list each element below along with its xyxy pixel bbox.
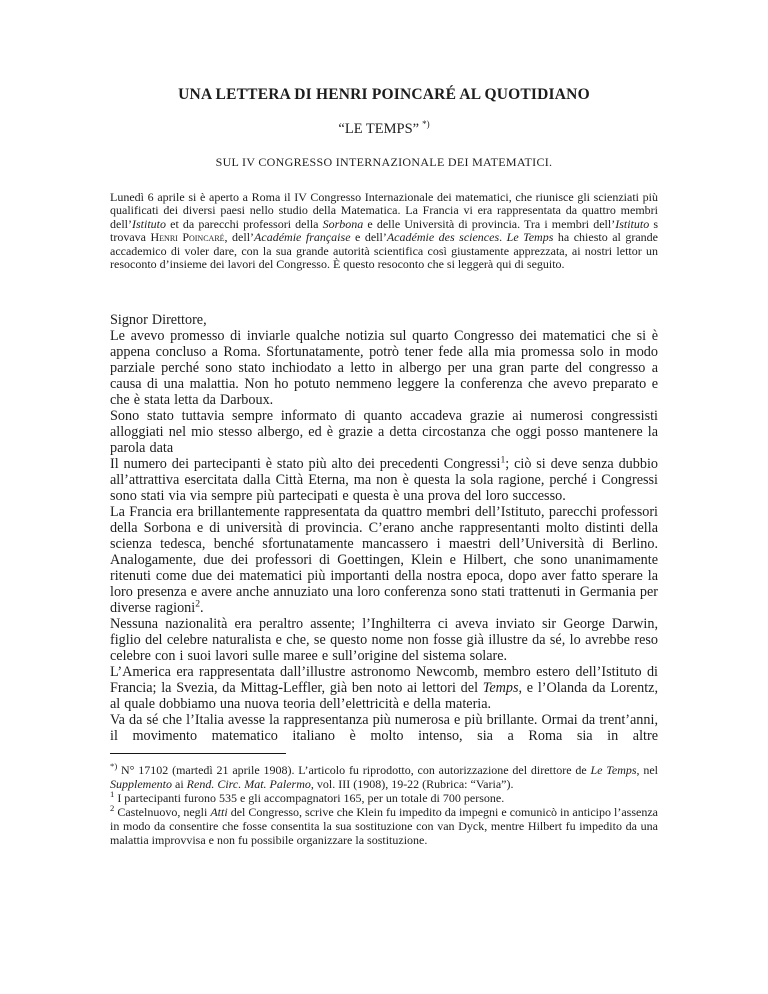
- text-segment-i: Sorbona: [323, 217, 364, 231]
- footnote-marker: 1: [110, 789, 114, 799]
- text-segment-i: Istituto: [132, 217, 166, 231]
- journal-title: “LE TEMPS”*): [110, 116, 658, 138]
- footnote-marker: *): [110, 761, 117, 771]
- text-segment: et da parecchi professori della: [166, 217, 323, 231]
- text-segment-i: Atti: [210, 805, 227, 819]
- page-title: UNA LETTERA DI HENRI POINCARÉ AL QUOTIDI…: [110, 86, 658, 103]
- text-segment: La Francia era brillantemente rappresent…: [110, 504, 658, 616]
- body-paragraph: Sono stato tuttavia sempre informato di …: [110, 408, 658, 456]
- text-segment-sc: Henri Poincaré: [150, 230, 224, 244]
- text-segment-i: Istituto: [615, 217, 649, 231]
- body-paragraph: Il numero dei partecipanti è stato più a…: [110, 456, 658, 504]
- text-segment-i: Académie française: [254, 230, 350, 244]
- text-segment: , dell’: [225, 230, 255, 244]
- journal-title-text: “LE TEMPS”: [338, 121, 419, 137]
- body-paragraph: La Francia era brillantemente rappresent…: [110, 504, 658, 616]
- congress-subtitle: SUL IV CONGRESSO INTERNAZIONALE DEI MATE…: [110, 155, 658, 169]
- body-paragraph: Nessuna nazionalità era peraltro assente…: [110, 616, 658, 664]
- text-segment: Signor Direttore,: [110, 312, 207, 328]
- text-segment: .: [200, 600, 204, 616]
- text-segment-i: Académie des sciences: [387, 230, 499, 244]
- text-segment-i: Rend. Circ. Mat. Palermo: [187, 777, 311, 791]
- text-segment: N° 17102 (martedì 21 aprile 1908). L’art…: [121, 763, 591, 777]
- text-segment: ai: [172, 777, 187, 791]
- footnote-marker: 2: [110, 803, 114, 813]
- text-segment: Nessuna nazionalità era peraltro assente…: [110, 616, 658, 664]
- body-paragraph: L’America era rappresentata dall’illustr…: [110, 664, 658, 712]
- body-paragraph: Le avevo promesso di inviarle qualche no…: [110, 328, 658, 408]
- text-segment-i: Le Temps: [591, 763, 637, 777]
- text-segment-i: Supplemento: [110, 777, 172, 791]
- document-page: UNA LETTERA DI HENRI POINCARÉ AL QUOTIDI…: [0, 0, 768, 994]
- editorial-intro-paragraph: Lunedì 6 aprile si è aperto a Roma il IV…: [110, 191, 658, 272]
- footnotes: *) N° 17102 (martedì 21 aprile 1908). L’…: [110, 763, 658, 847]
- text-segment: , vol. III (1908), 19-22 (Rubrica: “Vari…: [311, 777, 514, 791]
- footnote: 1 I partecipanti furono 535 e gli accomp…: [110, 791, 658, 805]
- text-segment: e dell’: [351, 230, 387, 244]
- text-segment-i: Le Temps: [507, 230, 554, 244]
- body-paragraph: Va da sé che l’Italia avesse la rapprese…: [110, 712, 658, 744]
- text-segment: Castelnuovo, negli: [117, 805, 210, 819]
- text-segment: Va da sé che l’Italia avesse la rapprese…: [110, 712, 658, 744]
- letter-body: Signor Direttore,Le avevo promesso di in…: [110, 312, 658, 744]
- text-segment: Le avevo promesso di inviarle qualche no…: [110, 328, 658, 408]
- text-segment: Il numero dei partecipanti è stato più a…: [110, 456, 500, 472]
- text-segment: .: [499, 230, 507, 244]
- body-paragraph: Signor Direttore,: [110, 312, 658, 328]
- title-footnote-marker: *): [422, 119, 430, 129]
- text-segment: Sono stato tuttavia sempre informato di …: [110, 408, 658, 456]
- text-segment-i: Temps: [483, 680, 519, 696]
- text-segment: e delle Università di provincia. Tra i m…: [363, 217, 615, 231]
- footnote: 2 Castelnuovo, negli Atti del Congresso,…: [110, 805, 658, 847]
- footnote: *) N° 17102 (martedì 21 aprile 1908). L’…: [110, 763, 658, 791]
- footnote-separator: [110, 753, 286, 754]
- text-segment: , nel: [637, 763, 658, 777]
- text-segment: I partecipanti furono 535 e gli accompag…: [117, 791, 504, 805]
